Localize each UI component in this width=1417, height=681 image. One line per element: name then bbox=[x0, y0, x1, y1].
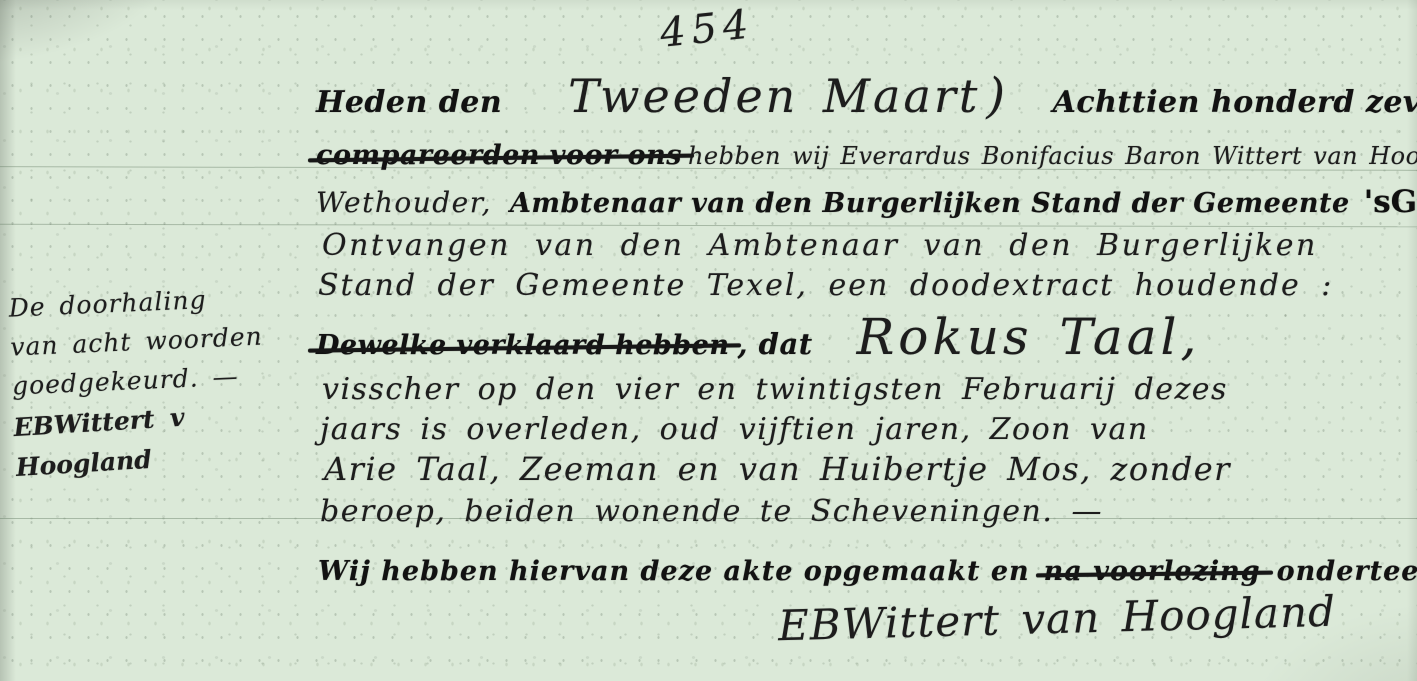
printed-closing-b: onderteekend bbox=[1277, 556, 1417, 587]
handwritten-registrar-name: hebben wij Everardus Bonifacius Baron Wi… bbox=[688, 142, 1417, 170]
handwritten-age: jaars is overleden, oud vijftien jaren, … bbox=[320, 412, 1149, 447]
handwritten-death-date: visscher op den vier en twintigsten Febr… bbox=[322, 372, 1228, 407]
handwritten-texel-extract: Stand der Gemeente Texel, een doodextrac… bbox=[318, 268, 1333, 303]
faint-ruled-line bbox=[0, 224, 1417, 227]
act-line-opening: Heden den Tweeden Maart ) Achttien honde… bbox=[316, 68, 1417, 124]
act-line-residence: beroep, beiden wonende te Scheveningen. … bbox=[320, 494, 1103, 529]
act-line-closing: Wij hebben hiervan deze akte opgemaakt e… bbox=[318, 556, 1417, 587]
act-line-officials: compareerden voor ons hebben wij Everard… bbox=[316, 140, 1417, 171]
handwritten-date: Tweeden Maart bbox=[568, 69, 980, 123]
flourish-paren: ) bbox=[986, 68, 1006, 124]
printed-closing-a: Wij hebben hiervan deze akte opgemaakt e… bbox=[318, 556, 1030, 587]
printed-year: Achttien honderd zeventig, bbox=[1053, 85, 1417, 120]
registrar-signature: EBWittert van Hoogland bbox=[777, 587, 1336, 651]
printed-dat: , dat bbox=[737, 327, 812, 361]
margin-note-signature: EBWittert v Hoogland bbox=[12, 390, 316, 488]
act-number: 454 bbox=[658, 1, 757, 57]
act-line-death-date: visscher op den vier en twintigsten Febr… bbox=[322, 372, 1228, 407]
act-line-office: Wethouder, Ambtenaar van den Burgerlijke… bbox=[316, 184, 1417, 220]
handwritten-parents: Arie Taal, Zeeman en van Huibertje Mos, … bbox=[324, 450, 1231, 488]
act-line-parents: Arie Taal, Zeeman en van Huibertje Mos, … bbox=[324, 450, 1231, 488]
margin-note: De doorhaling van acht woorden goedgekeu… bbox=[8, 276, 316, 486]
struck-compareerden-voor-ons: compareerden voor ons bbox=[316, 140, 682, 171]
handwritten-ontvangen: Ontvangen van den Ambtenaar van den Burg… bbox=[322, 228, 1318, 263]
printed-city-gravenhage: 'sGravenhage, bbox=[1364, 184, 1417, 220]
struck-na-voorlezing: na voorlezing bbox=[1044, 556, 1261, 587]
act-line-age: jaars is overleden, oud vijftien jaren, … bbox=[320, 412, 1149, 447]
act-line-declaration: Dewelke verklaard hebben , dat Rokus Taa… bbox=[316, 308, 1200, 366]
act-line-received-1: Ontvangen van den Ambtenaar van den Burg… bbox=[322, 228, 1318, 263]
handwritten-residence: beroep, beiden wonende te Scheveningen. … bbox=[320, 494, 1103, 529]
printed-heden-den: Heden den bbox=[316, 85, 502, 120]
act-line-received-2: Stand der Gemeente Texel, een doodextrac… bbox=[318, 268, 1333, 303]
death-record-scan: 454 De doorhaling van acht woorden goedg… bbox=[0, 0, 1417, 681]
handwritten-wethouder: Wethouder, bbox=[316, 186, 492, 219]
handwritten-deceased-name: Rokus Taal, bbox=[857, 308, 1201, 366]
printed-ambtenaar-titel: Ambtenaar van den Burgerlijken Stand der… bbox=[510, 188, 1350, 219]
struck-dewelke-verklaard: Dewelke verklaard hebben bbox=[316, 330, 729, 361]
